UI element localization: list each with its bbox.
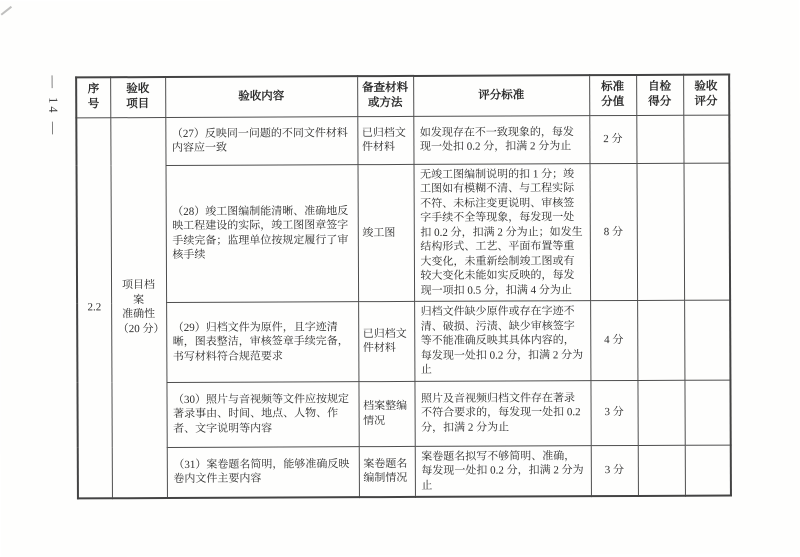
project-cell: 项目档案 准确性 （20 分） bbox=[110, 117, 167, 498]
score-cell: 8 分 bbox=[590, 163, 638, 301]
header-score: 标准 分值 bbox=[589, 75, 636, 115]
material-cell: 已归档文件材料 bbox=[358, 301, 414, 381]
serial-cell: 2.2 bbox=[76, 117, 112, 498]
content-cell: （31）案卷题名简明，能够准确反映卷内文件主要内容 bbox=[167, 446, 359, 498]
acceptance-score-table: 序 号 验收 项目 验收内容 备查材料 或方法 评分标准 标准 分值 自检 得分… bbox=[75, 74, 732, 500]
table-row: （29）归档文件为原件，且字迹清晰，图表整洁，审核签章手续完备，书写材料符合规范… bbox=[77, 300, 730, 382]
header-standard: 评分标准 bbox=[413, 75, 589, 116]
scanned-page: — 14 — 序 号 验收 项目 验收内容 备查材料 或方法 评分标准 标准 分… bbox=[0, 0, 800, 555]
material-cell: 案卷题名编制情况 bbox=[359, 446, 415, 497]
header-self-check: 自检 得分 bbox=[636, 75, 683, 115]
acceptance-cell bbox=[685, 445, 731, 496]
standard-cell: 归档文件缺少原件或存在字迹不清、破损、污渍、缺少审核签字等不能准确反映其具体内容… bbox=[414, 301, 590, 381]
material-cell: 已归档文件材料 bbox=[357, 116, 413, 164]
material-cell: 竣工图 bbox=[358, 164, 415, 302]
standard-cell: 无竣工图编制说明的扣 1 分；竣工图如有模糊不清、与工程实际不符、未标注变更说明… bbox=[414, 163, 591, 301]
table-row: （30）照片与音视频等文件应按规定著录事由、时间、地点、人物、作者、文字说明等内… bbox=[77, 380, 730, 448]
self-check-cell bbox=[636, 115, 683, 163]
page-number: — 14 — bbox=[45, 75, 60, 137]
standard-cell: 如发现存在不一致现象的，每发现一处扣 0.2 分，扣满 2 分为止 bbox=[413, 115, 589, 164]
standard-cell: 案卷题名拟写不够简明、准确，每发现一处扣 0.2 分，扣满 2 分为止 bbox=[415, 445, 591, 497]
header-acceptance: 验收 评分 bbox=[683, 75, 729, 115]
header-project: 验收 项目 bbox=[110, 77, 165, 117]
score-cell: 3 分 bbox=[590, 380, 637, 445]
header-serial: 序 号 bbox=[76, 77, 110, 117]
self-check-cell bbox=[637, 380, 684, 445]
score-cell: 4 分 bbox=[590, 300, 637, 380]
header-row: 序 号 验收 项目 验收内容 备查材料 或方法 评分标准 标准 分值 自检 得分… bbox=[76, 75, 729, 118]
table-row: （31）案卷题名简明，能够准确反映卷内文件主要内容 案卷题名编制情况 案卷题名拟… bbox=[78, 445, 731, 499]
header-material: 备查材料 或方法 bbox=[357, 76, 413, 116]
acceptance-cell bbox=[684, 300, 730, 380]
self-check-cell bbox=[638, 445, 685, 496]
self-check-cell bbox=[637, 163, 685, 301]
table-row: （28）竣工图编制能清晰、准确地反映工程建设的实际，竣工图图章签字手续完备；监理… bbox=[77, 163, 731, 303]
table-row: 2.2 项目档案 准确性 （20 分） （27）反映同一问题的不同文件材料内容应… bbox=[76, 115, 729, 166]
acceptance-cell bbox=[684, 380, 730, 445]
content-cell: （28）竣工图编制能清晰、准确地反映工程建设的实际，竣工图图章签字手续完备；监理… bbox=[166, 164, 359, 302]
acceptance-cell bbox=[683, 115, 729, 163]
header-content: 验收内容 bbox=[165, 76, 357, 117]
score-cell: 3 分 bbox=[591, 445, 638, 496]
standard-cell: 照片及音视频归档文件存在著录不符合要求的，每发现一处扣 0.2 分，扣满 2 分… bbox=[414, 380, 590, 446]
content-cell: （29）归档文件为原件，且字迹清晰，图表整洁，审核签章手续完备，书写材料符合规范… bbox=[166, 302, 358, 382]
material-cell: 档案整编情况 bbox=[358, 381, 414, 446]
self-check-cell bbox=[637, 300, 684, 380]
content-cell: （30）照片与音视频等文件应按规定著录事由、时间、地点、人物、作者、文字说明等内… bbox=[166, 381, 358, 447]
score-cell: 2 分 bbox=[589, 115, 636, 163]
acceptance-cell bbox=[684, 163, 731, 301]
scan-corner-artifact bbox=[1, 6, 12, 16]
content-cell: （27）反映同一问题的不同文件材料内容应一致 bbox=[165, 116, 357, 165]
